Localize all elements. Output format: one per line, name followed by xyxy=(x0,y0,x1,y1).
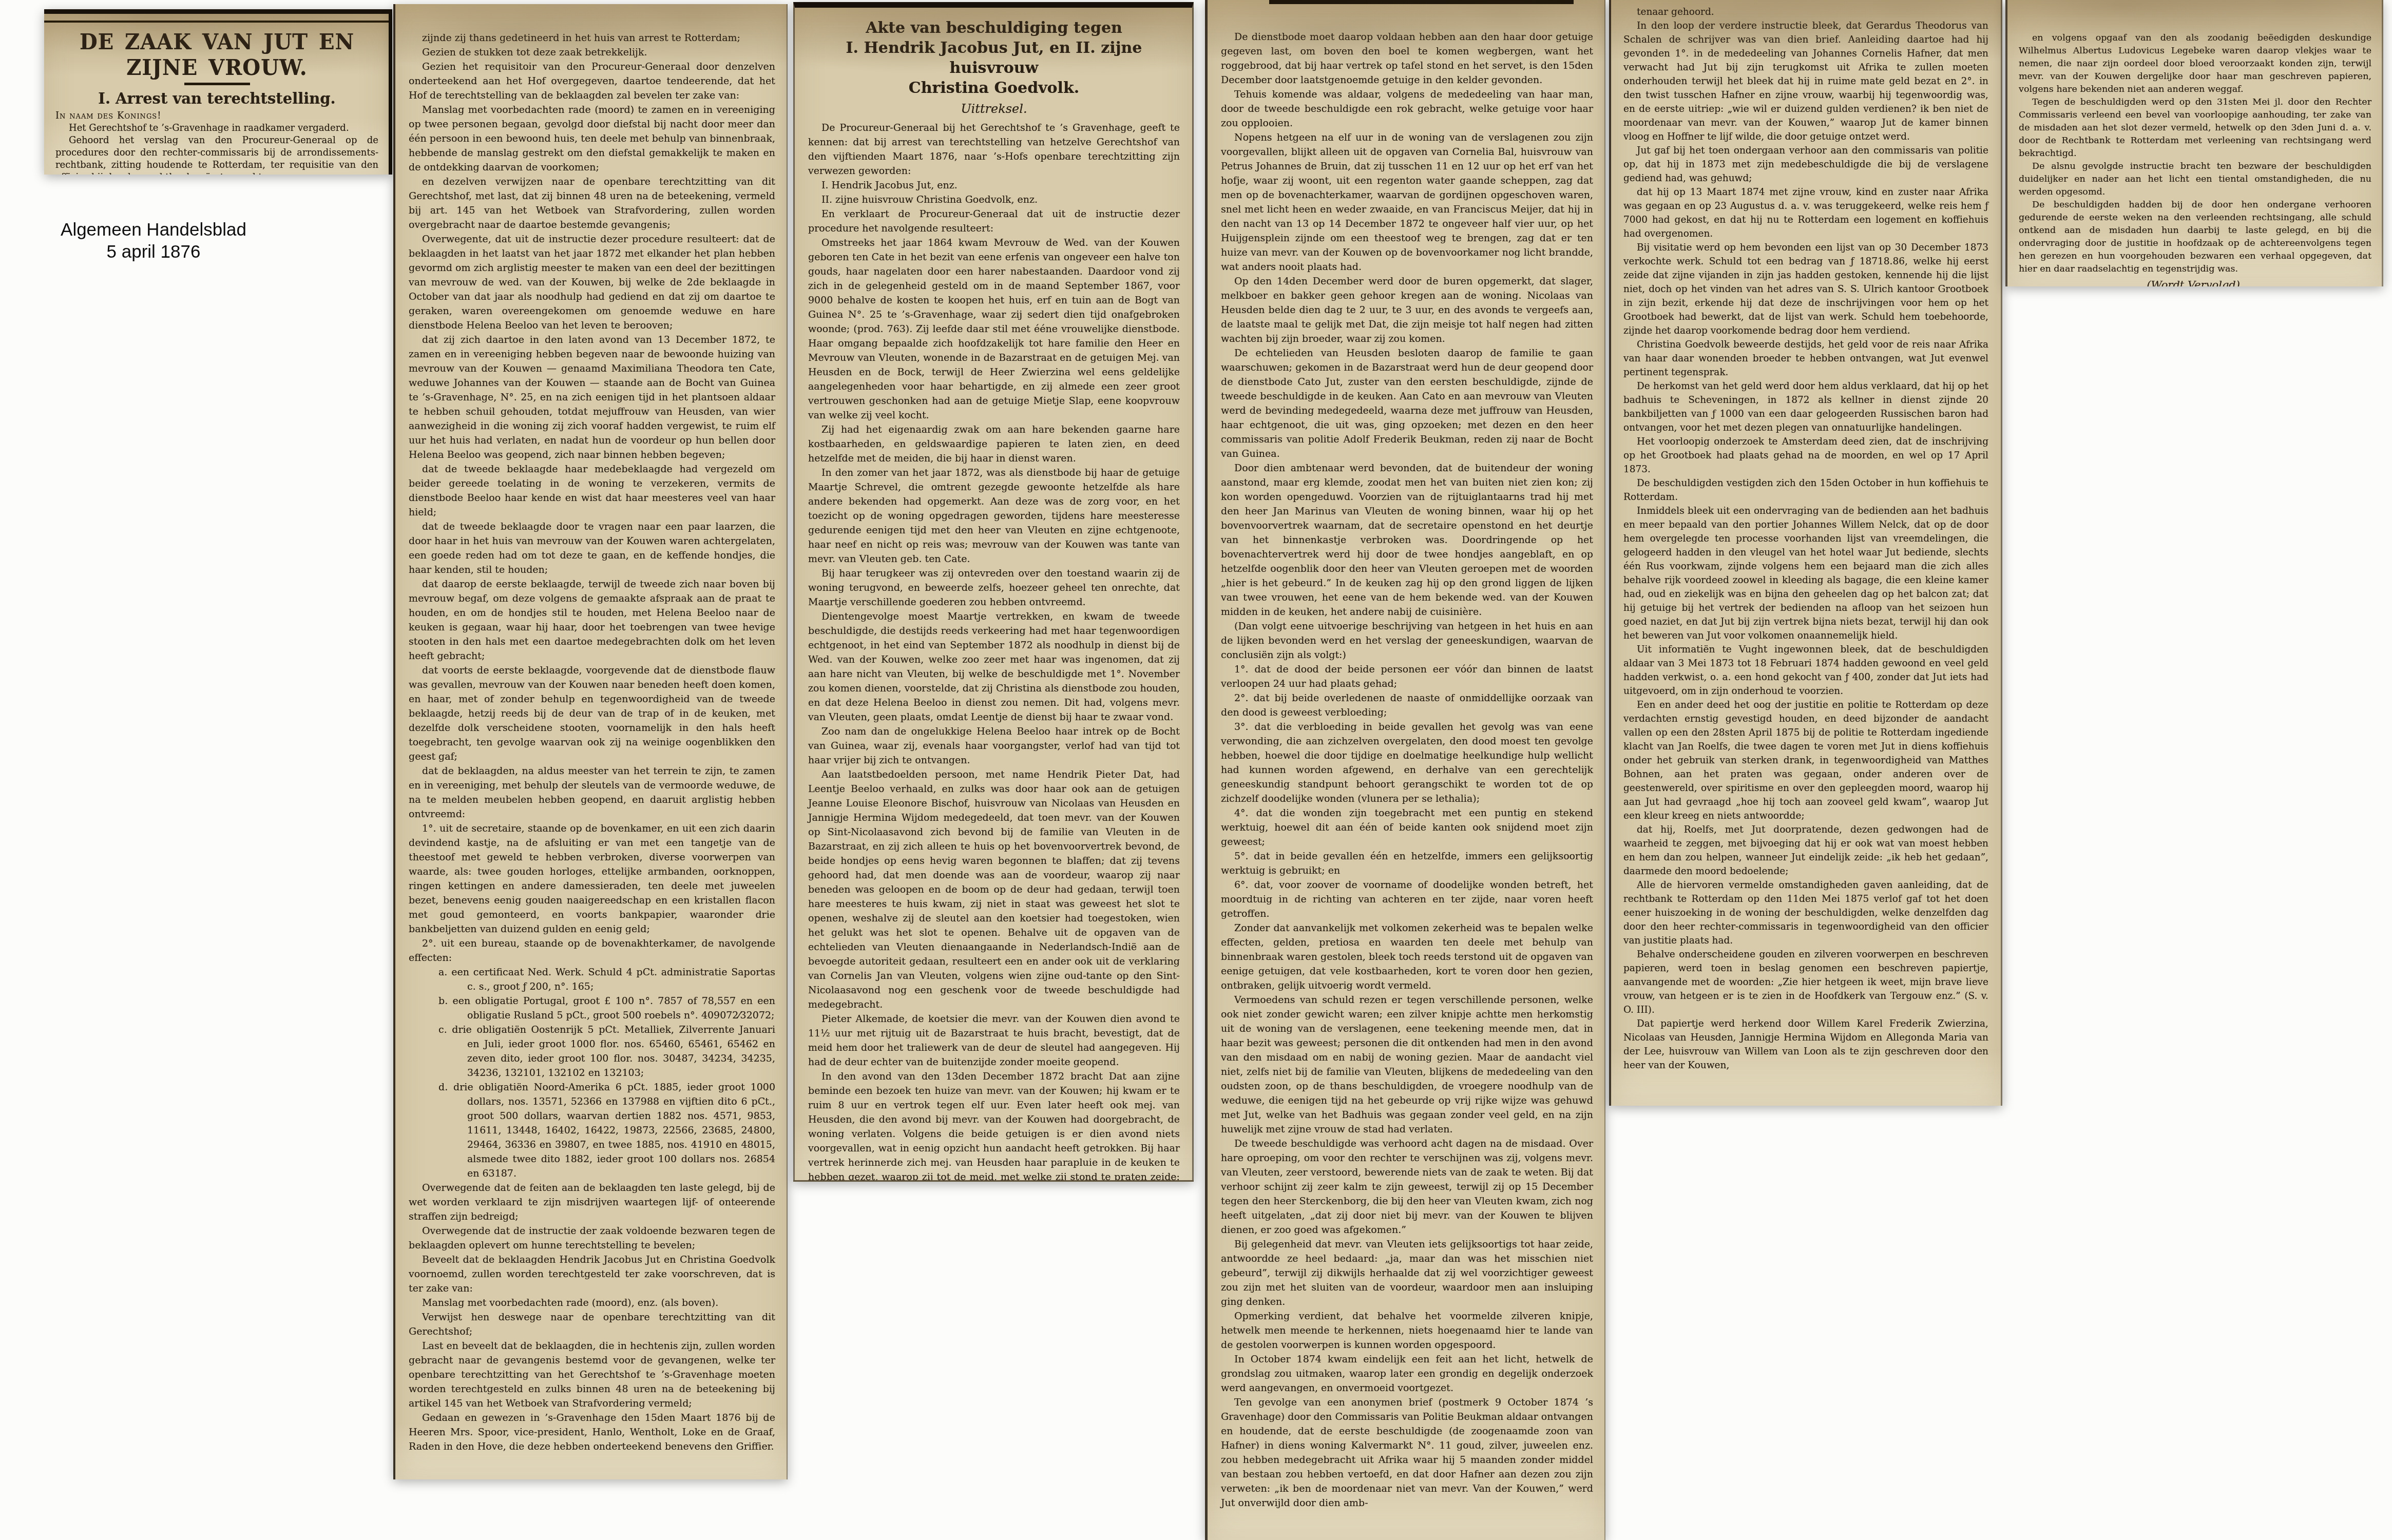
act-heading: Akte van beschuldiging tegen xyxy=(808,18,1180,38)
paragraph: In October 1874 kwam eindelijk een feit … xyxy=(1221,1352,1593,1395)
paragraph: Overwegente, dat uit de instructie dezer… xyxy=(409,232,775,333)
paragraph: Bij gelegenheid dat mevr. van Vleuten ie… xyxy=(1221,1237,1593,1309)
paragraph: Jut gaf bij het toen ondergaan verhoor a… xyxy=(1623,144,1988,185)
act-heading: Christina Goedvolk. xyxy=(808,78,1180,98)
paragraph: In den avond van den 13den December 1872… xyxy=(808,1069,1180,1182)
paragraph: Bij visitatie werd op hem bevonden een l… xyxy=(1623,241,1988,338)
paragraph: tenaar gehoord. xyxy=(1623,5,1988,19)
paragraph: Op den 14den December werd door de buren… xyxy=(1221,274,1593,346)
paragraph: Het Gerechtshof te ’s-Gravenhage in raad… xyxy=(55,122,378,134)
paragraph: en dezelven verwijzen naar de openbare t… xyxy=(409,175,775,232)
paragraph: Het voorloopig onderzoek te Amsterdam de… xyxy=(1623,435,1988,476)
paragraph: dat de tweede beklaagde door te vragen n… xyxy=(409,519,775,577)
paragraph: De alsnu gevolgde instructie bracht ten … xyxy=(2019,160,2371,199)
paragraph: Gehoord het verslag van den Procureur-Ge… xyxy=(55,134,378,175)
paragraph: Nopens hetgeen na elf uur in de woning v… xyxy=(1221,130,1593,274)
list-item: b. een obligatie Portugal, groot £ 100 n… xyxy=(438,994,775,1023)
paragraph: 4°. dat die wonden zijn toegebracht met … xyxy=(1221,806,1593,849)
list-item: c. drie obligatiën Oostenrijk 5 pCt. Met… xyxy=(438,1023,775,1080)
paragraph: Manslag met voorbedachten rade (moord) t… xyxy=(409,103,775,175)
paragraph: Tegen de beschuldigden werd op den 31ste… xyxy=(2019,96,2371,160)
caption-date: 5 april 1876 xyxy=(53,241,254,263)
paragraph: Overwegende dat de instructie der zaak v… xyxy=(409,1224,775,1253)
paragraph: Vermoedens van schuld rezen er tegen ver… xyxy=(1221,993,1593,1137)
paragraph: Ten gevolge van een anonymen brief (post… xyxy=(1221,1395,1593,1510)
paragraph: Zoo nam dan de ongelukkige Helena Beeloo… xyxy=(808,724,1180,767)
clipping-arrest-headline: DE ZAAK VAN JUT EN ZIJNE VROUW.I. Arrest… xyxy=(44,9,392,175)
paragraph: De beschuldigden hadden bij de door hen … xyxy=(2019,199,2371,276)
paragraph: Manslag met voorbedachten rade (moord), … xyxy=(409,1296,775,1310)
paragraph: I. Hendrik Jacobus Jut, enz. xyxy=(808,178,1180,192)
paragraph: In den zomer van het jaar 1872, was als … xyxy=(808,466,1180,566)
paragraph: Behalve onderscheidene gouden en zilvere… xyxy=(1623,948,1988,1017)
paragraph: 5°. dat in beide gevallen één en hetzelf… xyxy=(1221,849,1593,878)
paragraph: 3°. dat die verbloeding in beide gevalle… xyxy=(1221,720,1593,806)
paragraph: 1°. dat de dood der beide personen eer v… xyxy=(1221,662,1593,691)
extract-label: Uittreksel. xyxy=(808,100,1180,118)
paragraph: Verwijst hen deswege naar de openbare te… xyxy=(409,1310,775,1339)
list-item: a. een certificaat Ned. Werk. Schuld 4 p… xyxy=(438,965,775,994)
paragraph: Zij had het eigenaardig zwak om aan hare… xyxy=(808,422,1180,466)
paragraph: De dienstbode moet daarop voldaan hebben… xyxy=(1221,30,1593,87)
paragraph: Tehuis komende was aldaar, volgens de me… xyxy=(1221,87,1593,130)
list-item: d. drie obligatiën Noord-Amerika 6 pCt. … xyxy=(438,1080,775,1181)
paragraph: En verklaart de Procureur-Generaal dat u… xyxy=(808,207,1180,236)
paragraph: Dientengevolge moest Maartje vertrekken,… xyxy=(808,609,1180,724)
paragraph: II. zijne huisvrouw Christina Goedvolk, … xyxy=(808,192,1180,207)
paragraph: De Procureur-Generaal bij het Gerechtsho… xyxy=(808,121,1180,178)
paragraph: Alle de hiervoren vermelde omstandighede… xyxy=(1623,878,1988,948)
continuation-note: (Wordt Vervolgd). xyxy=(2019,279,2371,286)
divider xyxy=(184,83,250,85)
paragraph: zijnde zij thans gedetineerd in het huis… xyxy=(409,31,775,45)
paragraph: Omstreeks het jaar 1864 kwam Mevrouw de … xyxy=(808,236,1180,422)
headline: DE ZAAK VAN JUT EN ZIJNE VROUW. xyxy=(55,29,378,80)
paragraph: Overwegende dat de feiten aan de beklaag… xyxy=(409,1181,775,1224)
caption: Algemeen Handelsblad 5 april 1876 xyxy=(53,219,254,263)
paragraph: De tweede beschuldigde was verhoord acht… xyxy=(1221,1137,1593,1237)
paragraph: 2°. dat bij beide overledenen de naaste … xyxy=(1221,691,1593,720)
paragraph: (Dan volgt eene uitvoerige beschrijving … xyxy=(1221,619,1593,662)
paragraph: 2°. uit een bureau, staande op de bovena… xyxy=(409,936,775,965)
clipping-akte-van-beschuldiging: Akte van beschuldiging tegenI. Hendrik J… xyxy=(793,2,1194,1182)
paragraph: Christina Goedvolk beweerde destijds, he… xyxy=(1623,338,1988,379)
paragraph: Door dien ambtenaar werd bevonden, dat d… xyxy=(1221,461,1593,619)
caption-publication: Algemeen Handelsblad xyxy=(53,219,254,241)
subheading: I. Arrest van terechtstelling. xyxy=(55,89,378,108)
paragraph: De beschuldigden vestigden zich den 15de… xyxy=(1623,476,1988,504)
paragraph: Bij haar terugkeer was zij ontevreden ov… xyxy=(808,566,1180,609)
paragraph: Aan laatstbedoelden persoon, met name He… xyxy=(808,767,1180,1012)
newspaper-scan-page: DE ZAAK VAN JUT EN ZIJNE VROUW.I. Arrest… xyxy=(0,0,2392,1540)
formula-line: In naam des Konings! xyxy=(55,110,378,122)
paragraph: Zonder dat aanvankelijk met volkomen zek… xyxy=(1221,921,1593,993)
paragraph: Opmerking verdient, dat behalve het voor… xyxy=(1221,1309,1593,1352)
paragraph: Last en beveelt dat de beklaagden, die i… xyxy=(409,1339,775,1411)
paragraph: De herkomst van het geld werd door hem a… xyxy=(1623,379,1988,435)
clipping-arrest-column: zijnde zij thans gedetineerd in het huis… xyxy=(393,4,788,1479)
paragraph: dat daarop de eerste beklaagde, terwijl … xyxy=(409,577,775,663)
paragraph: dat zij zich daartoe in den laten avond … xyxy=(409,333,775,462)
paragraph: De echtelieden van Heusden besloten daar… xyxy=(1221,346,1593,461)
paragraph: Gezien het requisitoir van den Procureur… xyxy=(409,60,775,103)
paragraph: Gedaan en gewezen in ’s-Gravenhage den 1… xyxy=(409,1411,775,1454)
paragraph: Uit informatiën te Vught ingewonnen blee… xyxy=(1623,643,1988,698)
act-heading: I. Hendrik Jacobus Jut, en II. zijne hui… xyxy=(808,38,1180,78)
paragraph: dat de beklaagden, na aldus meester van … xyxy=(409,764,775,821)
clipping-uittreksel-column-4: en volgens opgaaf van den als zoodanig b… xyxy=(2005,0,2383,286)
paragraph: Inmiddels bleek uit een ondervraging van… xyxy=(1623,504,1988,643)
clipping-uittreksel-column-2: De dienstbode moet daarop voldaan hebben… xyxy=(1205,0,1605,1540)
paragraph: Gezien de stukken tot deze zaak betrekke… xyxy=(409,45,775,60)
paragraph: Een en ander deed het oog der justitie e… xyxy=(1623,698,1988,823)
clipping-uittreksel-column-3: tenaar gehoord.In den loop der verdere i… xyxy=(1609,0,2002,1106)
paragraph: dat de tweede beklaagde haar medebeklaag… xyxy=(409,462,775,519)
paragraph: 1°. uit de secretaire, staande op de bov… xyxy=(409,821,775,936)
paragraph: dat voorts de eerste beklaagde, voorgeve… xyxy=(409,663,775,764)
paragraph: 6°. dat, voor zoover de voorname of dood… xyxy=(1221,878,1593,921)
paragraph: en volgens opgaaf van den als zoodanig b… xyxy=(2019,32,2371,96)
paragraph: In den loop der verdere instructie bleek… xyxy=(1623,19,1988,144)
paragraph: Dat papiertje werd herkend door Willem K… xyxy=(1623,1017,1988,1072)
paragraph: Pieter Alkemade, de koetsier die mevr. v… xyxy=(808,1012,1180,1069)
paragraph: Beveelt dat de beklaagden Hendrik Jacobu… xyxy=(409,1253,775,1296)
paragraph: dat hij, Roelfs, met Jut doorpratende, d… xyxy=(1623,823,1988,878)
paragraph: dat hij op 13 Maart 1874 met zijne vrouw… xyxy=(1623,185,1988,241)
